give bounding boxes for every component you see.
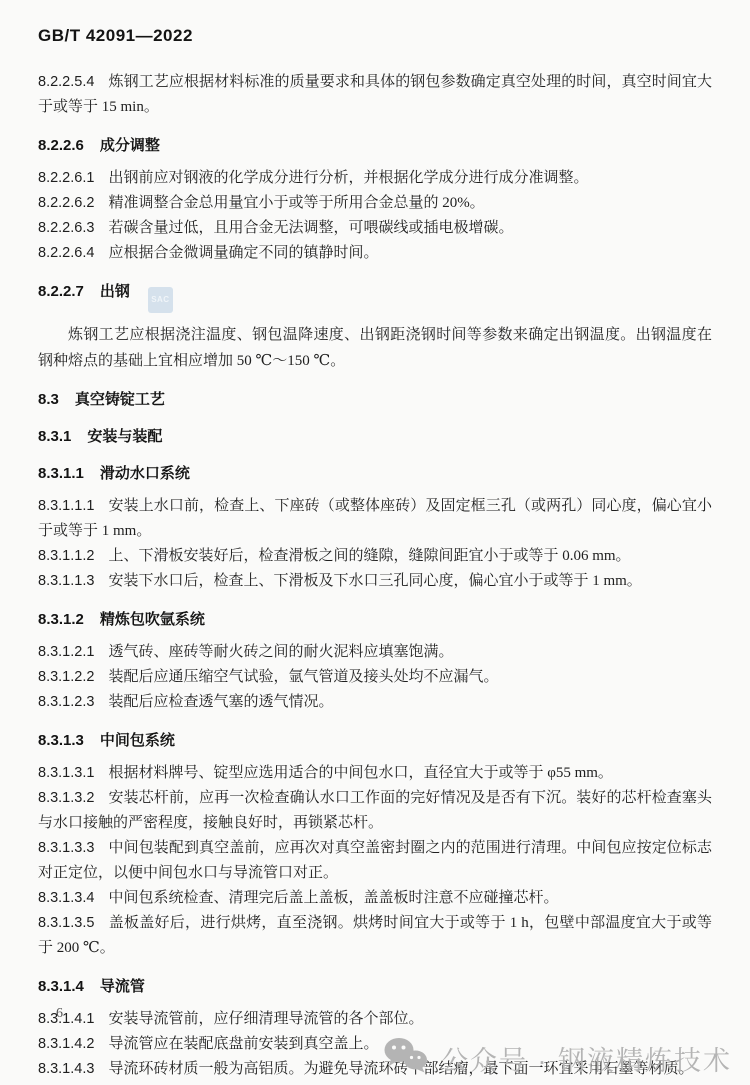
clause-text: 精准调整合金总用量宜小于或等于所用合金总量的 20%。 xyxy=(108,195,484,211)
clause-text: 炼钢工艺应根据材料标准的质量要求和具体的钢包参数确定真空处理的时间，真空时间宜大… xyxy=(38,74,712,115)
heading-8-3-1: 8.3.1安装与装配 xyxy=(38,426,712,448)
sac-stamp-watermark: SAC xyxy=(148,287,173,313)
clause-text: 中间包系统检查、清理完后盖上盖板，盖盖板时注意不应碰撞芯杆。 xyxy=(108,890,558,906)
clause-text: 盖板盖好后，进行烘烤，直至浇钢。烘烤时间宜大于或等于 1 h，包壁中部温度宜大于… xyxy=(38,915,712,956)
clause-number: 8.3.1.3.5 xyxy=(38,915,94,931)
heading-number: 8.3.1 xyxy=(38,428,71,445)
heading-text: 导流管 xyxy=(100,978,145,995)
clause-text: 根据材料牌号、锭型应选用适合的中间包水口，直径宜大于或等于 φ55 mm。 xyxy=(108,765,613,781)
clause-text: 安装下水口后，检查上、下滑板及下水口三孔同心度，偏心宜小于或等于 1 mm。 xyxy=(108,573,641,589)
clause-number: 8.3.1.2.3 xyxy=(38,694,94,710)
clause-8-2-2-6-4: 8.2.2.6.4应根据合金微调量确定不同的镇静时间。 xyxy=(38,241,712,266)
clause-number: 8.3.1.2.2 xyxy=(38,669,94,685)
clause-8-3-1-3-3: 8.3.1.3.3中间包装配到真空盖前，应再次对真空盖密封圈之内的范围进行清理。… xyxy=(38,836,712,886)
clause-number: 8.3.1.4.3 xyxy=(38,1061,94,1077)
heading-8-3-1-2: 8.3.1.2精炼包吹氩系统 xyxy=(38,609,712,631)
clause-8-3-1-2-1: 8.3.1.2.1透气砖、座砖等耐火砖之间的耐火泥料应填塞饱满。 xyxy=(38,640,712,665)
heading-text: 精炼包吹氩系统 xyxy=(100,611,205,628)
clause-8-3-1-2-2: 8.3.1.2.2装配后应通压缩空气试验，氩气管道及接头处均不应漏气。 xyxy=(38,665,712,690)
clause-text: 导流管应在装配底盘前安装到真空盖上。 xyxy=(108,1036,378,1052)
clause-number: 8.3.1.4.2 xyxy=(38,1036,94,1052)
clause-text: 透气砖、座砖等耐火砖之间的耐火泥料应填塞饱满。 xyxy=(108,644,453,660)
heading-8-3: 8.3真空铸锭工艺 xyxy=(38,389,712,411)
heading-number: 8.3.1.4 xyxy=(38,978,84,995)
heading-number: 8.3.1.1 xyxy=(38,465,84,482)
heading-text: 出钢 xyxy=(100,283,130,300)
clause-number: 8.3.1.3.1 xyxy=(38,765,94,781)
clause-text: 安装导流管前，应仔细清理导流管的各个部位。 xyxy=(108,1011,423,1027)
clause-8-2-2-6-1: 8.2.2.6.1出钢前应对钢液的化学成分进行分析，并根据化学成分进行成分准调整… xyxy=(38,166,712,191)
heading-number: 8.3.1.3 xyxy=(38,732,84,749)
clause-number: 8.2.2.6.2 xyxy=(38,195,94,211)
clause-text: 装配后应通压缩空气试验，氩气管道及接头处均不应漏气。 xyxy=(108,669,498,685)
clause-8-3-1-1-1: 8.3.1.1.1安装上水口前，检查上、下座砖（或整体座砖）及固定框三孔（或两孔… xyxy=(38,494,712,544)
clause-number: 8.3.1.1.1 xyxy=(38,498,94,514)
clause-text: 装配后应检查透气塞的透气情况。 xyxy=(108,694,333,710)
clause-8-3-1-4-1: 8.3.1.4.1安装导流管前，应仔细清理导流管的各个部位。 xyxy=(38,1007,712,1032)
clause-number: 8.2.2.6.4 xyxy=(38,245,94,261)
clause-number: 8.3.1.2.1 xyxy=(38,644,94,660)
heading-text: 成分调整 xyxy=(100,137,160,154)
page-content: GB/T 42091—2022 8.2.2.5.4炼钢工艺应根据材料标准的质量要… xyxy=(0,0,750,1082)
heading-number: 8.2.2.6 xyxy=(38,137,84,154)
clause-8-3-1-1-3: 8.3.1.1.3安装下水口后，检查上、下滑板及下水口三孔同心度，偏心宜小于或等… xyxy=(38,569,712,594)
clause-8-3-1-3-4: 8.3.1.3.4中间包系统检查、清理完后盖上盖板，盖盖板时注意不应碰撞芯杆。 xyxy=(38,886,712,911)
clause-text: 安装芯杆前，应再一次检查确认水口工作面的完好情况及是否有下沉。装好的芯杆检查塞头… xyxy=(38,790,712,831)
heading-8-3-1-4: 8.3.1.4导流管 xyxy=(38,976,712,998)
heading-8-2-2-7: 8.2.2.7出钢SAC xyxy=(38,281,712,313)
clause-number: 8.2.2.6.3 xyxy=(38,220,94,236)
clause-number: 8.3.1.4.1 xyxy=(38,1011,94,1027)
clause-text: 应根据合金微调量确定不同的镇静时间。 xyxy=(108,245,378,261)
clause-8-2-2-6-2: 8.2.2.6.2精准调整合金总用量宜小于或等于所用合金总量的 20%。 xyxy=(38,191,712,216)
clause-number: 8.2.2.6.1 xyxy=(38,170,94,186)
clause-number: 8.3.1.1.2 xyxy=(38,548,94,564)
document-page: GB/T 42091—2022 8.2.2.5.4炼钢工艺应根据材料标准的质量要… xyxy=(0,0,750,1085)
clause-number: 8.3.1.3.3 xyxy=(38,840,94,856)
wechat-watermark-text: 公众号 · 钢液精炼技术 xyxy=(441,1039,732,1078)
heading-text: 滑动水口系统 xyxy=(100,465,190,482)
clause-text: 若碳含量过低，且用合金无法调整，可喂碳线或插电极增碳。 xyxy=(108,220,513,236)
heading-text: 安装与装配 xyxy=(87,428,162,445)
clause-number: 8.3.1.3.2 xyxy=(38,790,94,806)
clause-text: 中间包装配到真空盖前，应再次对真空盖密封圈之内的范围进行清理。中间包应按定位标志… xyxy=(38,840,712,881)
clause-text: 上、下滑板安装好后，检查滑板之间的缝隙，缝隙间距宜小于或等于 0.06 mm。 xyxy=(108,548,630,564)
clause-number: 8.3.1.1.3 xyxy=(38,573,94,589)
paragraph-tapping-temperature: 炼钢工艺应根据浇注温度、钢包温降速度、出钢距浇钢时间等参数来确定出钢温度。出钢温… xyxy=(38,322,712,374)
standard-number-header: GB/T 42091—2022 xyxy=(38,26,712,46)
heading-text: 真空铸锭工艺 xyxy=(75,391,165,408)
heading-number: 8.3.1.2 xyxy=(38,611,84,628)
heading-8-2-2-6: 8.2.2.6成分调整 xyxy=(38,135,712,157)
heading-8-3-1-1: 8.3.1.1滑动水口系统 xyxy=(38,463,712,485)
heading-text: 中间包系统 xyxy=(100,732,175,749)
clause-text: 安装上水口前，检查上、下座砖（或整体座砖）及固定框三孔（或两孔）同心度，偏心宜小… xyxy=(38,498,712,539)
heading-8-3-1-3: 8.3.1.3中间包系统 xyxy=(38,730,712,752)
clause-number: 8.3.1.3.4 xyxy=(38,890,94,906)
clause-number: 8.2.2.5.4 xyxy=(38,74,94,90)
clause-8-3-1-3-2: 8.3.1.3.2安装芯杆前，应再一次检查确认水口工作面的完好情况及是否有下沉。… xyxy=(38,786,712,836)
clause-8-3-1-3-1: 8.3.1.3.1根据材料牌号、锭型应选用适合的中间包水口，直径宜大于或等于 φ… xyxy=(38,761,712,786)
clause-8-3-1-1-2: 8.3.1.1.2上、下滑板安装好后，检查滑板之间的缝隙，缝隙间距宜小于或等于 … xyxy=(38,544,712,569)
page-number: 6 xyxy=(56,1006,63,1022)
heading-number: 8.2.2.7 xyxy=(38,283,84,300)
wechat-icon xyxy=(383,1036,429,1081)
clause-8-3-1-3-5: 8.3.1.3.5盖板盖好后，进行烘烤，直至浇钢。烘烤时间宜大于或等于 1 h，… xyxy=(38,911,712,961)
wechat-watermark: 公众号 · 钢液精炼技术 xyxy=(383,1036,732,1081)
clause-8-2-2-5-4: 8.2.2.5.4炼钢工艺应根据材料标准的质量要求和具体的钢包参数确定真空处理的… xyxy=(38,70,712,120)
clause-8-3-1-2-3: 8.3.1.2.3装配后应检查透气塞的透气情况。 xyxy=(38,690,712,715)
clause-8-2-2-6-3: 8.2.2.6.3若碳含量过低，且用合金无法调整，可喂碳线或插电极增碳。 xyxy=(38,216,712,241)
clause-text: 出钢前应对钢液的化学成分进行分析，并根据化学成分进行成分准调整。 xyxy=(108,170,588,186)
heading-number: 8.3 xyxy=(38,391,59,408)
